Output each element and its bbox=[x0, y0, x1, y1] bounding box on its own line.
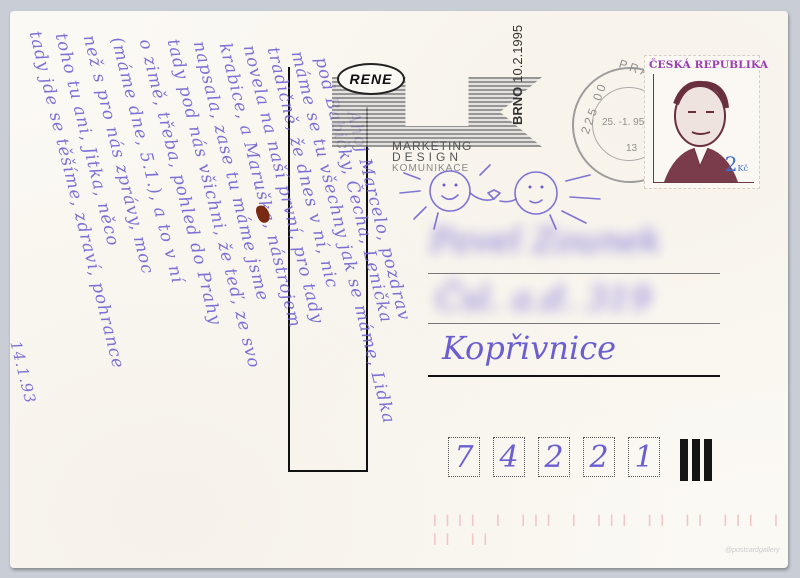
faint-barcode: ǀǀǀǀ ǀ ǀǀǀ ǀ ǀǀǀ ǀǀ ǀǀ ǀǀǀ ǀ ǀǀ ǀǀ bbox=[430, 511, 788, 549]
address-line-1 bbox=[428, 273, 720, 274]
postal-code-digit: 2 bbox=[583, 437, 615, 477]
recipient-name-blurred: Pavel Zounek bbox=[430, 221, 661, 261]
address-line-3 bbox=[428, 375, 720, 377]
address-line-2 bbox=[428, 323, 720, 324]
postal-code-digit: 4 bbox=[493, 437, 525, 477]
recipient-city: Kopřivnice bbox=[442, 329, 616, 367]
postal-code-digit: 7 bbox=[448, 437, 480, 477]
postcard: Ahoj Marcelo, pozdrav pod Babičky, Čecha… bbox=[10, 11, 788, 568]
postage-stamp: ČESKÁ REPUBLIKA 2Kč bbox=[644, 55, 760, 189]
watermark: @postcardgallery bbox=[725, 547, 780, 554]
postal-code-digit: 2 bbox=[538, 437, 570, 477]
stamp-country: ČESKÁ REPUBLIKA bbox=[649, 59, 768, 71]
sorting-bars bbox=[680, 439, 712, 481]
stamp-value: 2Kč bbox=[725, 152, 748, 176]
cancellation-city-date: BRNO10.2.1995 bbox=[510, 25, 525, 125]
rene-logo: RENE bbox=[337, 63, 405, 95]
stamp-frame: 2Kč bbox=[653, 74, 754, 183]
postal-code-digit: 1 bbox=[628, 437, 660, 477]
divider-line-horizontal bbox=[288, 470, 368, 472]
postal-code-boxes: 7 4 2 2 1 bbox=[448, 437, 660, 477]
message-date: 14.1.93 bbox=[10, 339, 40, 406]
recipient-street-blurred: Čsl. a.d. 319 bbox=[436, 279, 651, 319]
